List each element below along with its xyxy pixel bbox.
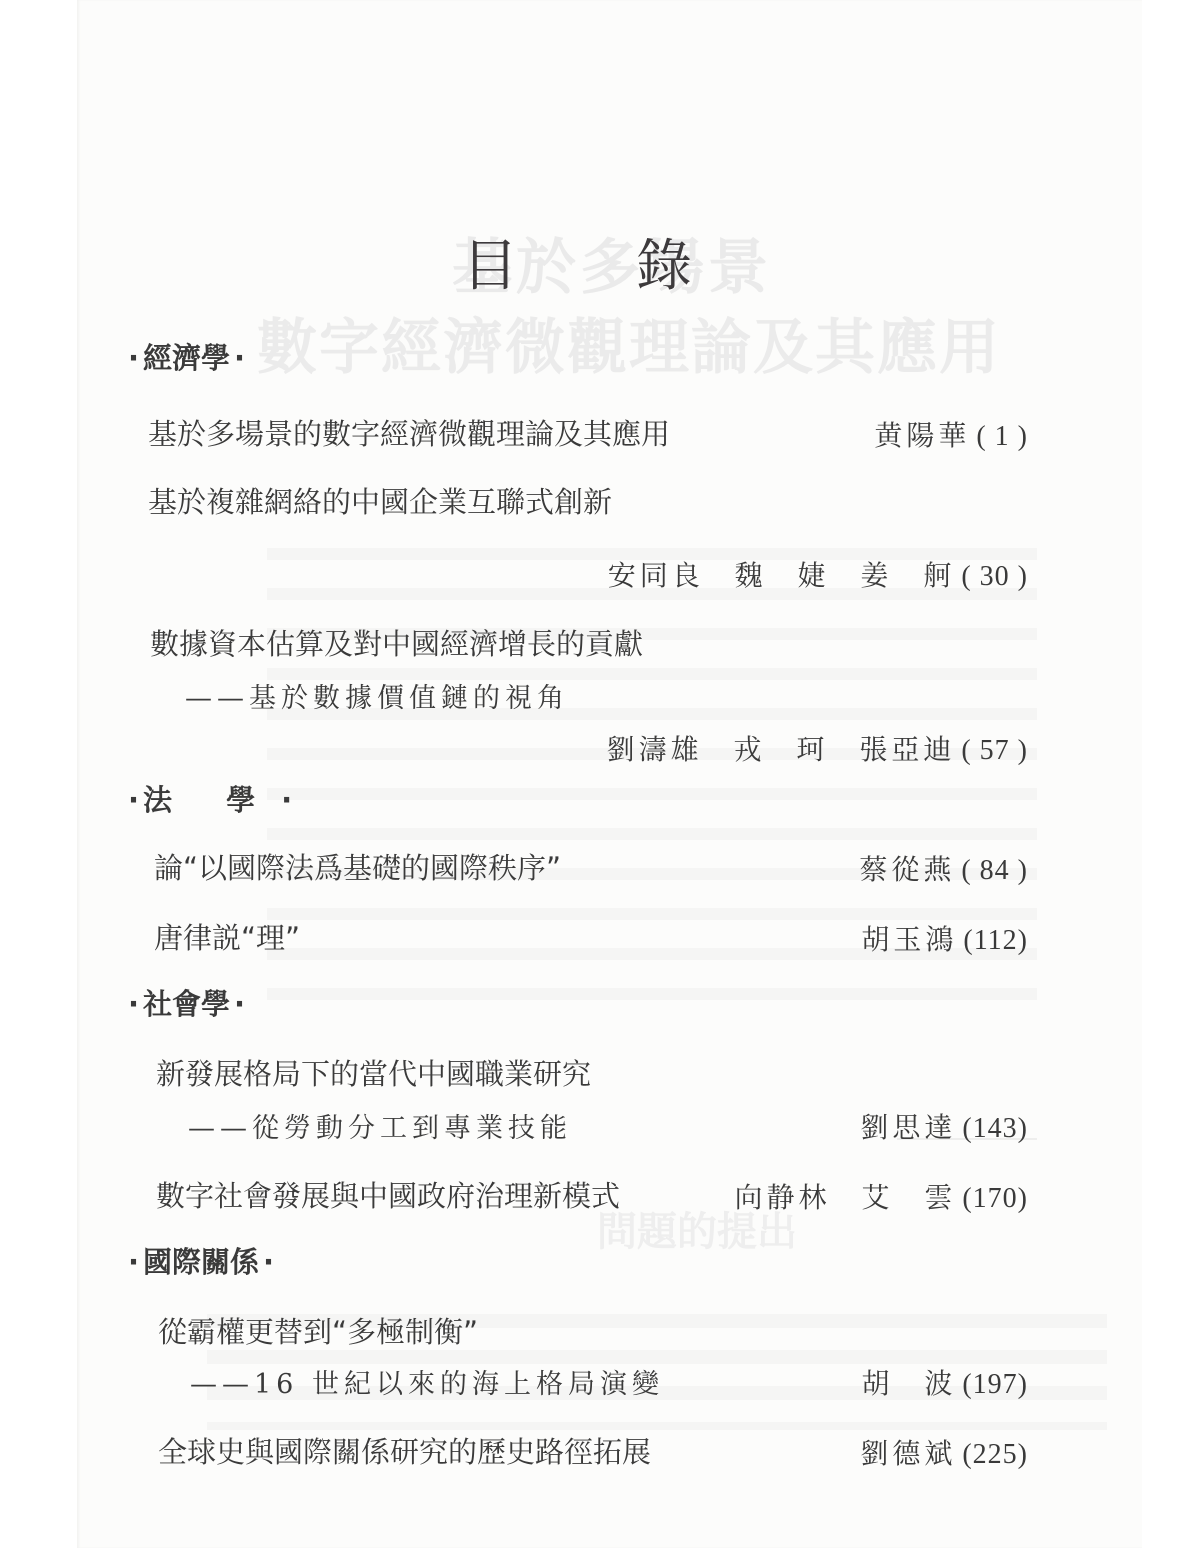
- bullet-dot: ·: [234, 341, 245, 375]
- toc-entry-author: 劉德斌(225): [860, 1432, 1028, 1472]
- toc-entry-title[interactable]: 唐律説“理”: [154, 916, 300, 957]
- toc-entry-title[interactable]: 新發展格局下的當代中國職業研究: [156, 1052, 591, 1093]
- toc-entry-subtitle: ——基於數據價值鏈的視角: [185, 676, 569, 715]
- toc-entry-author: 安同良 魏 婕 姜 舸( 30 ): [608, 554, 1028, 594]
- toc-entry-author: 劉思達(143): [860, 1106, 1028, 1146]
- page-number[interactable]: (170): [962, 1183, 1028, 1214]
- page-number[interactable]: ( 1 ): [976, 421, 1028, 452]
- toc-entry-title[interactable]: 基於多場景的數字經濟微觀理論及其應用: [148, 412, 670, 453]
- page-number[interactable]: ( 57 ): [961, 735, 1028, 766]
- toc-entry-subtitle: ——從勞動分工到專業技能: [188, 1106, 572, 1145]
- page-title: 目 錄: [462, 222, 692, 302]
- section-heading-international-relations: ·國際關係·: [124, 1240, 278, 1281]
- page-number[interactable]: (225): [962, 1439, 1028, 1470]
- toc-entry-title[interactable]: 從霸權更替到“多極制衡”: [158, 1310, 478, 1351]
- toc-entry-author: 黄陽華( 1 ): [874, 414, 1028, 454]
- toc-entry-title[interactable]: 論“以國際法爲基礎的國際秩序”: [154, 846, 561, 887]
- section-heading-economics: ·經濟學·: [124, 336, 249, 377]
- toc-entry-author: 胡玉鴻(112): [861, 918, 1028, 958]
- bullet-dot: ·: [128, 1245, 139, 1279]
- page-number[interactable]: (143): [962, 1113, 1028, 1144]
- page-number[interactable]: (112): [963, 925, 1028, 956]
- toc-entry-author: 蔡從燕( 84 ): [859, 848, 1028, 888]
- bullet-dot: ·: [263, 1245, 274, 1279]
- toc-entry-author: 劉濤雄 戎 珂 張亞迪( 57 ): [607, 728, 1028, 768]
- toc-entry-title[interactable]: 數字社會發展與中國政府治理新模式: [156, 1174, 620, 1215]
- toc-entry-title[interactable]: 基於複雜網絡的中國企業互聯式創新: [148, 480, 612, 521]
- page-number[interactable]: ( 84 ): [961, 855, 1028, 886]
- page-number[interactable]: (197): [962, 1369, 1028, 1400]
- section-heading-law: ·法 學·: [124, 778, 296, 819]
- toc-entry-subtitle: ——16 世紀以來的海上格局演變: [190, 1362, 664, 1401]
- toc-entry-author: 胡 波(197): [861, 1362, 1028, 1402]
- page-title-char: 錄: [636, 222, 692, 302]
- toc-entry-title[interactable]: 全球史與國際關係研究的歷史路徑拓展: [158, 1430, 651, 1471]
- bullet-dot: ·: [128, 987, 139, 1021]
- section-heading-sociology: ·社會學·: [124, 982, 249, 1023]
- page-title-char: 目: [462, 222, 518, 302]
- bullet-dot: ·: [128, 783, 139, 817]
- toc-entry-title[interactable]: 數據資本估算及對中國經濟增長的貢獻: [150, 622, 643, 663]
- bullet-dot: ·: [128, 341, 139, 375]
- bleed-through-heading: 數字經濟微觀理論及其應用: [257, 300, 1001, 386]
- bullet-dot: ·: [234, 987, 245, 1021]
- toc-entry-author: 向静林 艾 雲(170): [735, 1176, 1028, 1216]
- page-number[interactable]: ( 30 ): [961, 561, 1028, 592]
- bullet-dot: ·: [281, 783, 292, 817]
